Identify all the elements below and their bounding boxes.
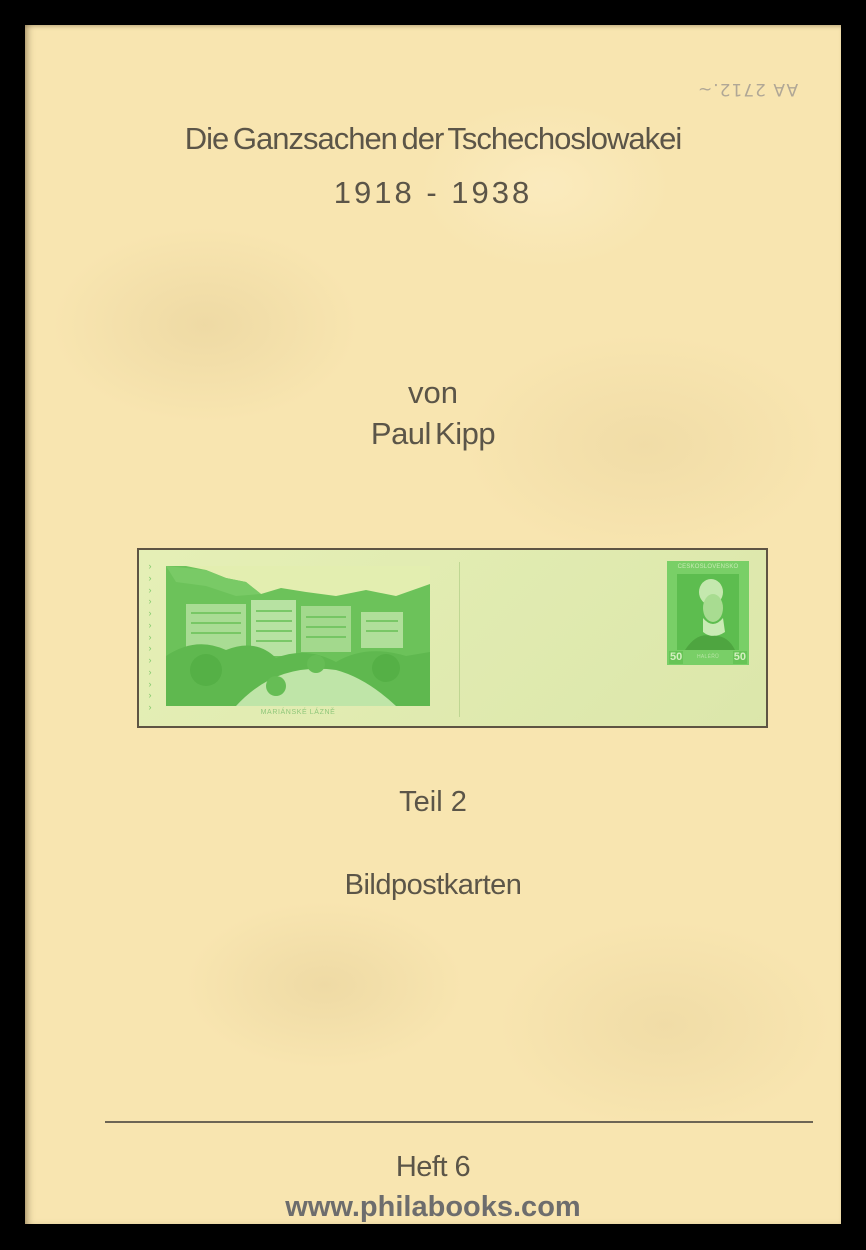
stamp-value-row: 50 HALÉŘŮ 50 bbox=[667, 650, 749, 664]
card-divider-line bbox=[459, 562, 460, 717]
postcard-illustration: ››››› ››››› ››› bbox=[137, 548, 768, 728]
book-title: Die Ganzsachen der Tschechoslowakei bbox=[25, 121, 841, 157]
by-label: von bbox=[25, 375, 841, 411]
stamp-value-left: 50 bbox=[669, 651, 683, 664]
issue-label: Heft 6 bbox=[25, 1150, 841, 1184]
book-years: 1918 - 1938 bbox=[25, 175, 841, 211]
book-subtitle: Bildpostkarten bbox=[25, 868, 841, 902]
imprinted-stamp: ČESKOSLOVENSKO 50 HALÉŘŮ 50 bbox=[667, 561, 749, 665]
stamp-currency: HALÉŘŮ bbox=[697, 654, 719, 660]
book-cover: AA 2712.~ Die Ganzsachen der Tschechoslo… bbox=[25, 25, 841, 1224]
spa-town-photo bbox=[166, 566, 430, 706]
handwritten-catalog-note: AA 2712.~ bbox=[697, 79, 798, 99]
stamp-country: ČESKOSLOVENSKO bbox=[669, 563, 747, 572]
part-label: Teil 2 bbox=[25, 785, 841, 819]
horizontal-rule bbox=[105, 1121, 813, 1123]
photo-caption: MARIÁNSKÉ LÁZNĚ bbox=[166, 709, 430, 716]
author-name: Paul Kipp bbox=[25, 416, 841, 452]
stamp-portrait bbox=[677, 574, 739, 650]
perforation-marks: ››››› ››››› ››› bbox=[145, 562, 155, 712]
stamp-value-right: 50 bbox=[733, 651, 747, 664]
watermark-url: www.philabooks.com bbox=[0, 1190, 866, 1224]
